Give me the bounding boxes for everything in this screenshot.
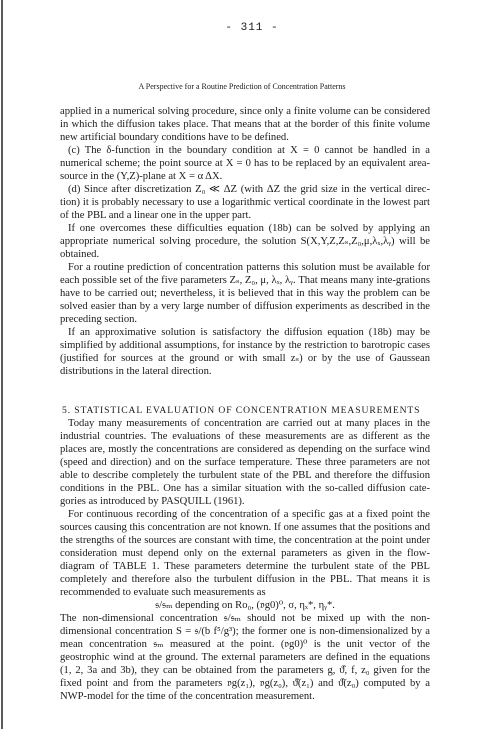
paragraph-today: Today many measurements of concentration… bbox=[60, 417, 430, 508]
paragraph-item-d: (d) Since after discretization Z₀ ≪ ΔZ (… bbox=[60, 183, 430, 222]
page-edge-line bbox=[1, 0, 3, 729]
paragraph-item-c: (c) The δ-function in the boundary condi… bbox=[60, 144, 430, 183]
body-text: applied in a numerical solving procedure… bbox=[60, 105, 430, 703]
display-formula: 𝔰/𝔰ₘ depending on Ro₀, (𝔳g0)⁰, σ, ηₓ*, η… bbox=[60, 599, 430, 612]
page-number: - 311 - bbox=[0, 22, 504, 34]
paragraph-routine-prediction: For a routine prediction of concentratio… bbox=[60, 261, 430, 326]
running-head: A Perspective for a Routine Prediction o… bbox=[0, 82, 484, 91]
paragraph-approximative: If an approximative solution is satisfac… bbox=[60, 326, 430, 378]
paragraph-continuous-recording: For continuous recording of the concentr… bbox=[60, 508, 430, 599]
section-heading: 5. STATISTICAL EVALUATION OF CONCENTRATI… bbox=[60, 404, 430, 417]
paragraph-non-dimensional: The non-dimensional concentration 𝔰/𝔰ₘ s… bbox=[60, 612, 430, 703]
section-gap bbox=[60, 378, 430, 404]
paragraph-continuation: applied in a numerical solving procedure… bbox=[60, 105, 430, 144]
paragraph-solution: If one overcomes these difficulties equa… bbox=[60, 222, 430, 261]
